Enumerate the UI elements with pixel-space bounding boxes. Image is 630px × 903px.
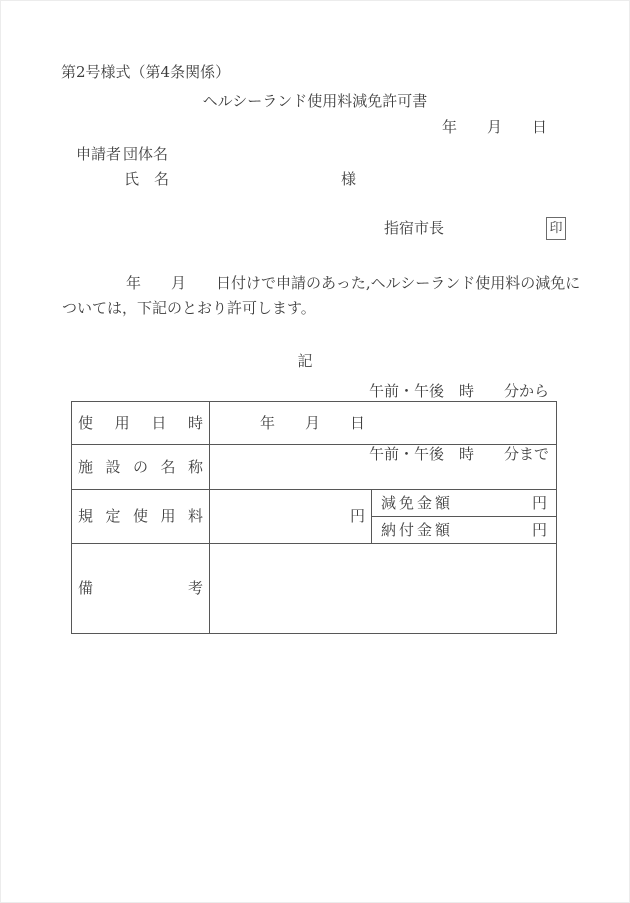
- usage-time-from: 午前・午後 時 分から: [369, 381, 549, 402]
- prescribed-fee-label: 規定使用料: [78, 509, 203, 524]
- body-paragraph-line2: ついては，下記のとおり許可します。: [62, 301, 316, 316]
- usage-datetime-value-cell: 年 月 日 午前・午後 時 分から 午前・午後 時 分まで: [210, 402, 556, 444]
- seal-icon: 印: [549, 222, 562, 235]
- usage-datetime-label-cell: 使用日時: [72, 402, 210, 444]
- applicant-label: 申請者: [76, 147, 121, 162]
- issue-date-line: 年 月 日: [442, 120, 547, 135]
- reduction-amount-unit: 円: [532, 496, 547, 511]
- facility-name-label: 施設の名称: [78, 460, 203, 475]
- name-label: 氏 名: [124, 172, 169, 187]
- honorific-label: 様: [341, 172, 356, 187]
- remarks-value-cell: [210, 544, 556, 633]
- permit-table: 使用日時 年 月 日 午前・午後 時 分から 午前・午後 時 分まで 施設の名称…: [71, 401, 557, 634]
- usage-datetime-label: 使用日時: [78, 416, 203, 431]
- remarks-label: 備考: [78, 581, 203, 596]
- payment-amount-row: 納付金額 円: [372, 517, 556, 543]
- payment-amount-unit: 円: [532, 523, 547, 538]
- mayor-name: 指宿市長: [384, 221, 444, 236]
- facility-name-row: 施設の名称: [72, 445, 556, 490]
- payment-amount-label: 納付金額: [381, 523, 453, 538]
- permit-form-page: 第2号様式（第4条関係） ヘルシーランド使用料減免許可書 年 月 日 申請者 団…: [0, 0, 630, 903]
- usage-date-placeholder: 年 月 日: [260, 416, 365, 431]
- document-title: ヘルシーランド使用料減免許可書: [1, 94, 629, 109]
- facility-name-value-cell: [210, 445, 556, 489]
- prescribed-fee-row: 規定使用料 円 減免金額 円 納付金額 円: [72, 490, 556, 544]
- prescribed-fee-unit: 円: [350, 509, 365, 524]
- form-number: 第2号様式（第4条関係）: [61, 65, 230, 80]
- fee-breakdown: 減免金額 円 納付金額 円: [372, 490, 556, 543]
- reduction-amount-row: 減免金額 円: [372, 490, 556, 517]
- remarks-label-cell: 備考: [72, 544, 210, 633]
- group-name-label: 団体名: [123, 147, 168, 162]
- body-paragraph-line1: 年 月 日付けで申請のあった,ヘルシーランド使用料の減免に: [126, 276, 580, 291]
- reduction-amount-label: 減免金額: [381, 496, 453, 511]
- usage-datetime-row: 使用日時 年 月 日 午前・午後 時 分から 午前・午後 時 分まで: [72, 402, 556, 445]
- seal-box: 印: [546, 217, 566, 240]
- remarks-row: 備考: [72, 544, 556, 633]
- prescribed-fee-amount-cell: 円: [210, 490, 372, 543]
- prescribed-fee-label-cell: 規定使用料: [72, 490, 210, 543]
- facility-name-label-cell: 施設の名称: [72, 445, 210, 489]
